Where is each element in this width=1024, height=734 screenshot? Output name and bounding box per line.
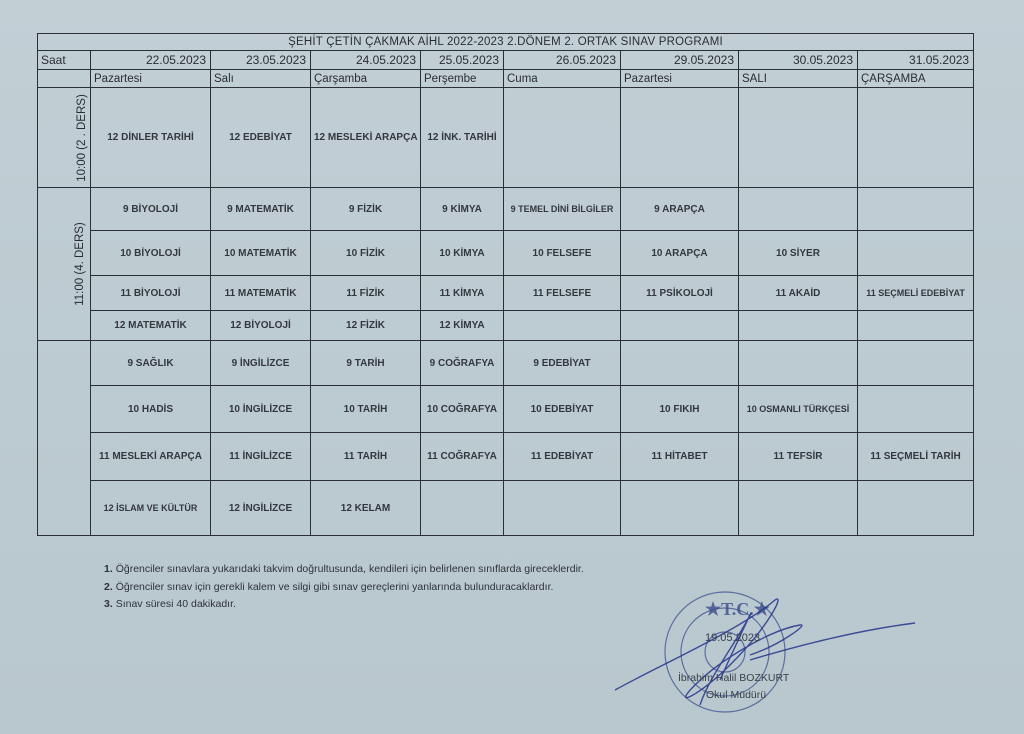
exam-cell: 12 MESLEKİ ARAPÇA xyxy=(311,88,421,188)
exam-cell: 10 İNGİLİZCE xyxy=(211,386,311,433)
day-header: Cuma xyxy=(504,70,621,88)
exam-cell: 10 EDEBİYAT xyxy=(504,386,621,433)
exam-cell: 11 EDEBİYAT xyxy=(504,433,621,481)
exam-cell: 10 FELSEFE xyxy=(504,231,621,276)
date-header: 31.05.2023 xyxy=(858,51,974,70)
exam-cell: 10 KİMYA xyxy=(421,231,504,276)
exam-cell: 11 FİZİK xyxy=(311,276,421,311)
exam-cell xyxy=(621,311,739,341)
time-slot-label-cell: 11:00 (4. DERS) xyxy=(38,188,91,341)
exam-cell: 9 COĞRAFYA xyxy=(421,341,504,386)
note-text-content: Sınav süresi 40 dakikadır. xyxy=(116,598,236,610)
note-item: 1. Öğrenciler sınavlara yukarıdaki takvi… xyxy=(104,561,584,579)
exam-cell xyxy=(858,88,974,188)
exam-cell: 10 BİYOLOJİ xyxy=(91,231,211,276)
exam-cell: 11 SEÇMELİ TARİH xyxy=(858,433,974,481)
exam-cell: 9 TARİH xyxy=(311,341,421,386)
exam-cell: 11 MESLEKİ ARAPÇA xyxy=(91,433,211,481)
exam-cell: 10 COĞRAFYA xyxy=(421,386,504,433)
exam-cell: 12 KELAM xyxy=(311,481,421,536)
day-row: PazartesiSalıÇarşambaPerşembeCumaPazarte… xyxy=(38,70,974,88)
exam-cell: 11 KİMYA xyxy=(421,276,504,311)
exam-row: 10 BİYOLOJİ10 MATEMATİK10 FİZİK10 KİMYA1… xyxy=(38,231,974,276)
exam-cell xyxy=(621,341,739,386)
date-header: 22.05.2023 xyxy=(91,51,211,70)
exam-row: 12 MATEMATİK12 BİYOLOJİ12 FİZİK12 KİMYA xyxy=(38,311,974,341)
note-item: 3. Sınav süresi 40 dakikadır. xyxy=(104,596,584,614)
exam-cell: 10 FİZİK xyxy=(311,231,421,276)
exam-cell: 12 DİNLER TARİHİ xyxy=(91,88,211,188)
exam-cell: 12 FİZİK xyxy=(311,311,421,341)
exam-cell xyxy=(858,311,974,341)
exam-row: 11:00 (4. DERS)9 BİYOLOJİ9 MATEMATİK9 Fİ… xyxy=(38,188,974,231)
time-slot-label: 11:00 (4. DERS) xyxy=(74,222,86,306)
exam-cell xyxy=(504,481,621,536)
exam-cell: 10 TARİH xyxy=(311,386,421,433)
time-slot-label-cell: 14:05/14:20 (CUMA) (7. DERS) xyxy=(38,341,91,536)
exam-row: 11 BİYOLOJİ11 MATEMATİK11 FİZİK11 KİMYA1… xyxy=(38,276,974,311)
signer-name: İbrahim Halil BOZKURT xyxy=(678,672,789,684)
exam-cell xyxy=(739,311,858,341)
date-header: 23.05.2023 xyxy=(211,51,311,70)
exam-cell: 9 EDEBİYAT xyxy=(504,341,621,386)
exam-row: 11 MESLEKİ ARAPÇA11 İNGİLİZCE11 TARİH11 … xyxy=(38,433,974,481)
exam-cell: 12 KİMYA xyxy=(421,311,504,341)
exam-cell: 11 AKAİD xyxy=(739,276,858,311)
svg-text:★T.C.★: ★T.C.★ xyxy=(705,599,771,619)
signer-title: Okul Müdürü xyxy=(706,689,766,701)
exam-cell: 10 OSMANLI TÜRKÇESİ xyxy=(739,386,858,433)
exam-cell: 11 İNGİLİZCE xyxy=(211,433,311,481)
exam-cell: 11 TEFSİR xyxy=(739,433,858,481)
time-slot-label-cell: 10:00 (2 . DERS) xyxy=(38,88,91,188)
exam-cell xyxy=(858,188,974,231)
exam-row: 10:00 (2 . DERS)12 DİNLER TARİHİ12 EDEBİ… xyxy=(38,88,974,188)
exam-cell: 9 SAĞLIK xyxy=(91,341,211,386)
exam-cell: 11 HİTABET xyxy=(621,433,739,481)
exam-schedule-sheet: ŞEHİT ÇETİN ÇAKMAK AİHL 2022-2023 2.DÖNE… xyxy=(37,33,974,536)
document-title: ŞEHİT ÇETİN ÇAKMAK AİHL 2022-2023 2.DÖNE… xyxy=(38,34,974,51)
day-header: Salı xyxy=(211,70,311,88)
exam-cell: 12 MATEMATİK xyxy=(91,311,211,341)
exam-cell xyxy=(739,481,858,536)
empty-corner xyxy=(38,70,91,88)
exam-cell: 9 TEMEL DİNİ BİLGİLER xyxy=(504,188,621,231)
exam-cell: 9 KİMYA xyxy=(421,188,504,231)
date-header: 24.05.2023 xyxy=(311,51,421,70)
exam-cell: 11 FELSEFE xyxy=(504,276,621,311)
day-header: Çarşamba xyxy=(311,70,421,88)
exam-schedule-table: ŞEHİT ÇETİN ÇAKMAK AİHL 2022-2023 2.DÖNE… xyxy=(37,33,974,536)
date-header: 26.05.2023 xyxy=(504,51,621,70)
exam-cell xyxy=(621,88,739,188)
exam-cell xyxy=(739,88,858,188)
saat-header: Saat xyxy=(38,51,91,70)
note-text-content: Öğrenciler sınav için gerekli kalem ve s… xyxy=(116,581,554,593)
exam-cell xyxy=(739,341,858,386)
note-number: 3. xyxy=(104,598,113,610)
exam-cell: 11 SEÇMELİ EDEBİYAT xyxy=(858,276,974,311)
exam-cell xyxy=(858,231,974,276)
exam-cell: 10 SİYER xyxy=(739,231,858,276)
exam-cell xyxy=(858,341,974,386)
exam-cell xyxy=(858,386,974,433)
exam-row: 10 HADİS10 İNGİLİZCE10 TARİH10 COĞRAFYA1… xyxy=(38,386,974,433)
note-number: 1. xyxy=(104,563,113,575)
exam-cell xyxy=(858,481,974,536)
exam-cell: 9 İNGİLİZCE xyxy=(211,341,311,386)
exam-cell xyxy=(504,311,621,341)
exam-cell: 12 İSLAM VE KÜLTÜR xyxy=(91,481,211,536)
exam-cell: 11 MATEMATİK xyxy=(211,276,311,311)
exam-cell: 12 BİYOLOJİ xyxy=(211,311,311,341)
exam-cell: 12 EDEBİYAT xyxy=(211,88,311,188)
day-header: Pazartesi xyxy=(91,70,211,88)
note-number: 2. xyxy=(104,581,113,593)
exam-cell: 11 COĞRAFYA xyxy=(421,433,504,481)
day-header: SALI xyxy=(739,70,858,88)
exam-cell: 12 İNK. TARİHİ xyxy=(421,88,504,188)
day-header: ÇARŞAMBA xyxy=(858,70,974,88)
exam-cell: 10 MATEMATİK xyxy=(211,231,311,276)
date-header: 29.05.2023 xyxy=(621,51,739,70)
exam-cell: 10 ARAPÇA xyxy=(621,231,739,276)
day-header: Pazartesi xyxy=(621,70,739,88)
exam-cell xyxy=(504,88,621,188)
note-text-content: Öğrenciler sınavlara yukarıdaki takvim d… xyxy=(116,563,584,575)
exam-cell: 9 BİYOLOJİ xyxy=(91,188,211,231)
exam-cell: 9 MATEMATİK xyxy=(211,188,311,231)
exam-cell: 9 FİZİK xyxy=(311,188,421,231)
note-item: 2. Öğrenciler sınav için gerekli kalem v… xyxy=(104,579,584,597)
exam-row: 14:05/14:20 (CUMA) (7. DERS)9 SAĞLIK9 İN… xyxy=(38,341,974,386)
official-stamp-and-signature: ★T.C.★ xyxy=(600,585,920,725)
exam-cell xyxy=(621,481,739,536)
day-header: Perşembe xyxy=(421,70,504,88)
notes-list: 1. Öğrenciler sınavlara yukarıdaki takvi… xyxy=(104,561,584,614)
time-slot-label: 10:00 (2 . DERS) xyxy=(76,94,88,182)
date-row: Saat22.05.202323.05.202324.05.202325.05.… xyxy=(38,51,974,70)
exam-cell: 10 HADİS xyxy=(91,386,211,433)
exam-cell: 11 BİYOLOJİ xyxy=(91,276,211,311)
exam-cell: 12 İNGİLİZCE xyxy=(211,481,311,536)
exam-cell xyxy=(421,481,504,536)
date-header: 25.05.2023 xyxy=(421,51,504,70)
exam-cell: 9 ARAPÇA xyxy=(621,188,739,231)
title-row: ŞEHİT ÇETİN ÇAKMAK AİHL 2022-2023 2.DÖNE… xyxy=(38,34,974,51)
date-header: 30.05.2023 xyxy=(739,51,858,70)
exam-row: 12 İSLAM VE KÜLTÜR12 İNGİLİZCE12 KELAM xyxy=(38,481,974,536)
exam-cell: 10 FIKIH xyxy=(621,386,739,433)
stamp-date: 19.05.2023 xyxy=(705,632,760,644)
exam-cell: 11 PSİKOLOJİ xyxy=(621,276,739,311)
exam-cell xyxy=(739,188,858,231)
exam-cell: 11 TARİH xyxy=(311,433,421,481)
